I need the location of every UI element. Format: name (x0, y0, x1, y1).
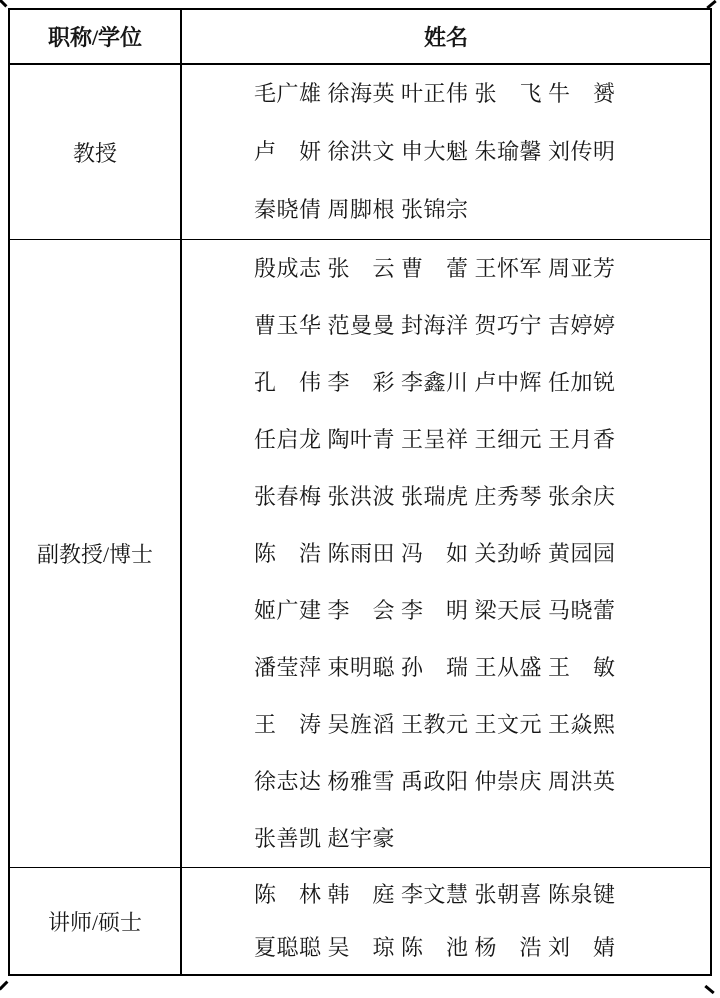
name-line: 张善凯 赵宇豪 (254, 810, 702, 867)
document-page: 职称/学位 姓名 教授 毛广雄 徐海英 叶正伟 张 飞 牛 赟 卢 妍 徐洪文 … (0, 0, 720, 998)
names-cell-lecturer: 陈 林 韩 庭 李文慧 张朝喜 陈泉键 夏聪聪 吴 琼 陈 池 杨 浩 刘 婧 (182, 868, 710, 974)
name-line: 曹玉华 范曼曼 封海洋 贺巧宁 吉婷婷 (254, 297, 702, 354)
table-row-lecturer: 讲师/硕士 陈 林 韩 庭 李文慧 张朝喜 陈泉键 夏聪聪 吴 琼 陈 池 杨 … (10, 867, 710, 974)
scan-corner-artifact (0, 0, 7, 7)
table-header-row: 职称/学位 姓名 (10, 10, 710, 65)
name-line: 夏聪聪 吴 琼 陈 池 杨 浩 刘 婧 (254, 921, 702, 974)
faculty-table: 职称/学位 姓名 教授 毛广雄 徐海英 叶正伟 张 飞 牛 赟 卢 妍 徐洪文 … (8, 8, 712, 976)
name-line: 姬广建 李 会 李 明 梁天辰 马晓蕾 (254, 582, 702, 639)
name-line: 毛广雄 徐海英 叶正伟 张 飞 牛 赟 (254, 65, 702, 123)
row-title-cell: 副教授/博士 (10, 240, 182, 867)
header-label-name: 姓名 (424, 21, 468, 52)
name-line: 张春梅 张洪波 张瑞虎 庄秀琴 张余庆 (254, 468, 702, 525)
name-line: 孔 伟 李 彩 李鑫川 卢中辉 任加锐 (254, 354, 702, 411)
name-line: 任启龙 陶叶青 王呈祥 王细元 王月香 (254, 411, 702, 468)
name-line: 卢 妍 徐洪文 申大魁 朱瑜馨 刘传明 (254, 123, 702, 181)
name-line: 潘莹萍 束明聪 孙 瑞 王从盛 王 敏 (254, 639, 702, 696)
row-title-cell: 教授 (10, 65, 182, 239)
row-title-associate-professor: 副教授/博士 (37, 538, 153, 569)
row-title-professor: 教授 (73, 137, 117, 168)
scan-corner-artifact (0, 981, 8, 991)
header-label-title-degree: 职称/学位 (48, 21, 142, 52)
header-cell-name: 姓名 (182, 10, 710, 63)
table-row-associate-professor: 副教授/博士 殷成志 张 云 曹 蕾 王怀军 周亚芳 曹玉华 范曼曼 封海洋 贺… (10, 239, 710, 867)
names-cell-professor: 毛广雄 徐海英 叶正伟 张 飞 牛 赟 卢 妍 徐洪文 申大魁 朱瑜馨 刘传明 … (182, 65, 710, 239)
table-row-professor: 教授 毛广雄 徐海英 叶正伟 张 飞 牛 赟 卢 妍 徐洪文 申大魁 朱瑜馨 刘… (10, 65, 710, 239)
scan-corner-artifact (704, 985, 714, 994)
name-line: 秦晓倩 周脚根 张锦宗 (254, 181, 702, 239)
name-line: 陈 浩 陈雨田 冯 如 关劲峤 黄园园 (254, 525, 702, 582)
header-cell-title-degree: 职称/学位 (10, 10, 182, 63)
name-line: 陈 林 韩 庭 李文慧 张朝喜 陈泉键 (254, 868, 702, 921)
name-line: 殷成志 张 云 曹 蕾 王怀军 周亚芳 (254, 240, 702, 297)
row-title-lecturer: 讲师/硕士 (48, 906, 142, 937)
name-line: 徐志达 杨雅雪 禹政阳 仲崇庆 周洪英 (254, 753, 702, 810)
names-cell-associate-professor: 殷成志 张 云 曹 蕾 王怀军 周亚芳 曹玉华 范曼曼 封海洋 贺巧宁 吉婷婷 … (182, 240, 710, 867)
name-line: 王 涛 吴旌滔 王教元 王文元 王焱熙 (254, 696, 702, 753)
row-title-cell: 讲师/硕士 (10, 868, 182, 974)
